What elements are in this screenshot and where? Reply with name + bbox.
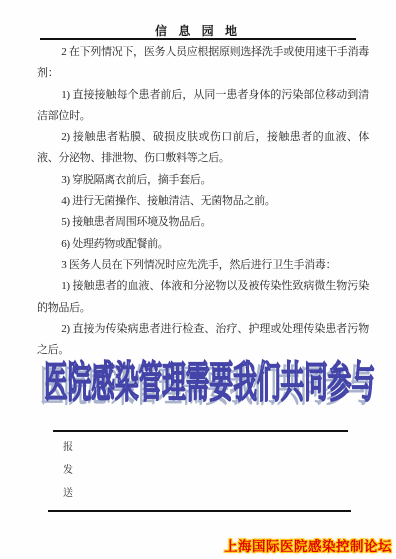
footer-divider-top <box>53 430 348 432</box>
page-title: 信 息 园 地 <box>0 22 396 39</box>
paragraph: 6) 处理药物或配餐前。 <box>37 234 369 255</box>
paragraph: 4) 进行无菌操作、接触清洁、无菌物品之前。 <box>37 191 369 212</box>
wordart-banner: 医院感染管理需要我们共同参与 医院感染管理需要我们共同参与 <box>44 349 384 411</box>
document-page: 信 息 园 地 2 在下列情况下，医务人员应根据原则选择洗手或使用速干手消毒剂：… <box>0 0 396 559</box>
paragraph: 1) 直接接触每个患者前后，从同一患者身体的污染部位移动到清洁部位时。 <box>37 85 369 128</box>
footer-divider-bottom <box>48 510 351 512</box>
route-label-bao: 报 <box>63 438 73 453</box>
paragraph: 3 医务人员在下列情况时应先洗手，然后进行卫生手消毒： <box>37 255 369 276</box>
paragraph: 1) 接触患者的血液、体液和分泌物以及被传染性致病微生物污染的物品后。 <box>37 276 369 319</box>
paragraph: 2) 接触患者粘膜、破损皮肤或伤口前后，接触患者的血液、体液、分泌物、排泄物、伤… <box>37 127 369 170</box>
paragraph: 5) 接触患者周围环境及物品后。 <box>37 212 369 233</box>
wordart-text: 医院感染管理需要我们共同参与 <box>44 349 375 410</box>
route-label-fa: 发 <box>63 461 73 476</box>
route-label-song: 送 <box>63 484 73 499</box>
body-text: 2 在下列情况下，医务人员应根据原则选择洗手或使用速干手消毒剂： 1) 直接接触… <box>37 42 369 361</box>
paragraph: 3) 穿脱隔离衣前后，摘手套后。 <box>37 170 369 191</box>
paragraph: 2 在下列情况下，医务人员应根据原则选择洗手或使用速干手消毒剂： <box>37 42 369 85</box>
forum-watermark: 上海国际医院感染控制论坛 <box>224 535 392 555</box>
header-divider <box>40 38 356 40</box>
